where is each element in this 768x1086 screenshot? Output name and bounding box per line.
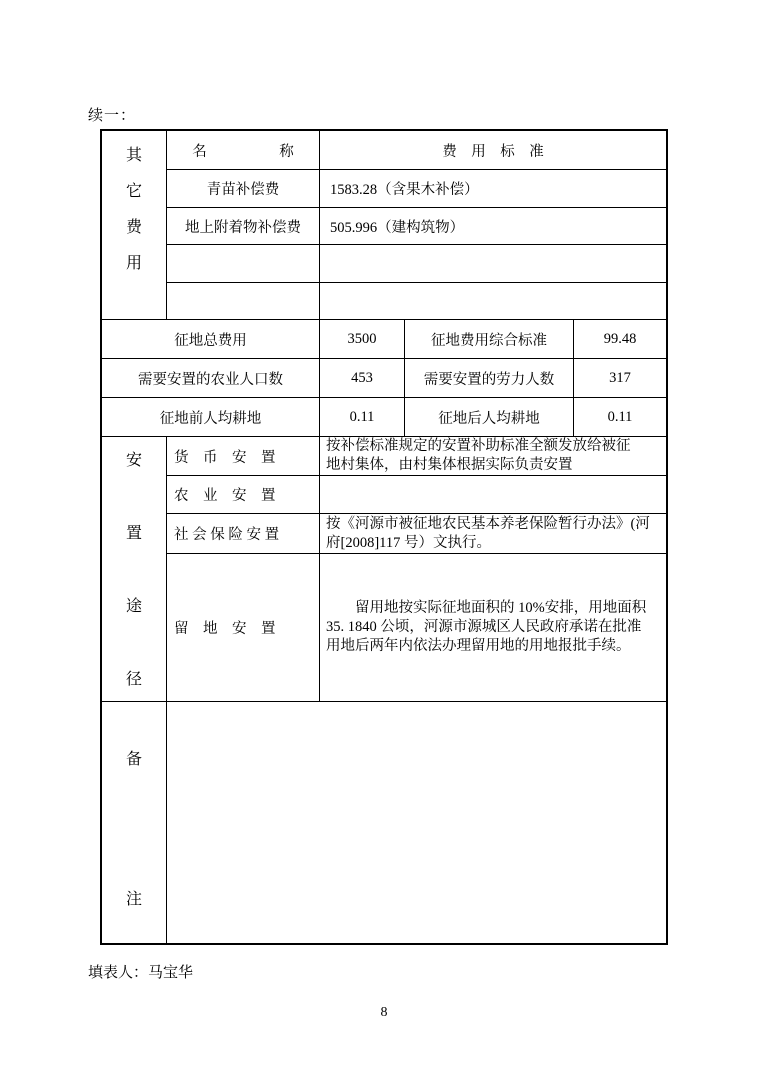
fee-standard-cell xyxy=(320,245,666,282)
table-row xyxy=(167,283,666,319)
route-description-cell xyxy=(320,476,666,513)
fee-name-cell xyxy=(167,283,320,319)
fee-standard-cell: 505.996（建构筑物） xyxy=(320,208,666,244)
summary-row-total-cost: 征地总费用 3500 征地费用综合标准 99.48 xyxy=(102,320,666,359)
route-name-cell: 留 地 安 置 xyxy=(167,554,320,701)
summary-row-farmland: 征地前人均耕地 0.11 征地后人均耕地 0.11 xyxy=(102,398,666,437)
summary-label: 征地总费用 xyxy=(102,320,320,358)
table-row: 留 地 安 置 留用地按实际征地面积的 10%安排，用地面积 35. 1840 … xyxy=(167,554,666,701)
summary-value: 99.48 xyxy=(574,320,666,358)
fee-standard-cell xyxy=(320,283,666,319)
group-label-char: 途 xyxy=(126,593,142,616)
remarks-section: 备 注 xyxy=(102,702,666,943)
resettlement-section: 安 置 途 径 货 币 安 置 按补偿标准规定的安置补助标准全额发放给被征 地村… xyxy=(102,437,666,702)
group-label-char: 安 xyxy=(126,447,142,470)
fee-name-cell xyxy=(167,245,320,282)
summary-label: 征地前人均耕地 xyxy=(102,398,320,436)
fee-name-cell: 青苗补偿费 xyxy=(167,170,320,207)
remarks-group-label: 备 注 xyxy=(102,702,167,943)
document-page: 续一： 其 它 费 用 名 称 费 用 标 准 青苗补偿费 1583.28（含果… xyxy=(0,0,768,1086)
summary-row-population: 需要安置的农业人口数 453 需要安置的劳力人数 317 xyxy=(102,359,666,398)
summary-label: 需要安置的劳力人数 xyxy=(405,359,574,397)
table-row: 青苗补偿费 1583.28（含果木补偿） xyxy=(167,170,666,208)
route-name-cell: 社 会 保 险 安 置 xyxy=(167,514,320,553)
remarks-content-cell xyxy=(167,702,666,943)
other-fees-rows: 名 称 费 用 标 准 青苗补偿费 1583.28（含果木补偿） 地上附着物补偿… xyxy=(167,131,666,319)
summary-value: 453 xyxy=(320,359,405,397)
group-label-char: 备 xyxy=(126,746,142,769)
summary-label: 征地后人均耕地 xyxy=(405,398,574,436)
resettlement-group-label: 安 置 途 径 xyxy=(102,437,167,701)
table-row: 社 会 保 险 安 置 按《河源市被征地农民基本养老保险暂行办法》(河 府[20… xyxy=(167,514,666,554)
route-description-cell: 留用地按实际征地面积的 10%安排，用地面积 35. 1840 公顷，河源市源城… xyxy=(320,554,666,701)
header-cell-name: 名 称 xyxy=(167,131,320,169)
summary-value: 317 xyxy=(574,359,666,397)
route-name-cell: 货 币 安 置 xyxy=(167,437,320,475)
summary-value: 3500 xyxy=(320,320,405,358)
table-row: 货 币 安 置 按补偿标准规定的安置补助标准全额发放给被征 地村集体，由村集体根… xyxy=(167,437,666,476)
fee-name-cell: 地上附着物补偿费 xyxy=(167,208,320,244)
table-row: 地上附着物补偿费 505.996（建构筑物） xyxy=(167,208,666,245)
group-label-char: 其 xyxy=(126,142,142,165)
header-cell-standard: 费 用 标 准 xyxy=(320,131,666,169)
other-fees-section: 其 它 费 用 名 称 费 用 标 准 青苗补偿费 1583.28（含果木补偿）… xyxy=(102,131,666,320)
table-row xyxy=(167,245,666,283)
route-description-cell: 按《河源市被征地农民基本养老保险暂行办法》(河 府[2008]117 号）文执行… xyxy=(320,514,666,553)
group-label-char: 用 xyxy=(126,250,142,273)
page-number: 8 xyxy=(0,1005,768,1021)
resettlement-rows: 货 币 安 置 按补偿标准规定的安置补助标准全额发放给被征 地村集体，由村集体根… xyxy=(167,437,666,701)
group-label-char: 置 xyxy=(126,520,142,543)
route-name-cell: 农 业 安 置 xyxy=(167,476,320,513)
continuation-label: 续一： xyxy=(88,104,136,125)
table-row: 农 业 安 置 xyxy=(167,476,666,514)
other-fees-group-label: 其 它 费 用 xyxy=(102,131,167,319)
group-label-char: 它 xyxy=(126,178,142,201)
summary-value: 0.11 xyxy=(574,398,666,436)
group-label-char: 费 xyxy=(126,214,142,237)
summary-label: 需要安置的农业人口数 xyxy=(102,359,320,397)
fee-standard-cell: 1583.28（含果木补偿） xyxy=(320,170,666,207)
land-acquisition-table: 其 它 费 用 名 称 费 用 标 准 青苗补偿费 1583.28（含果木补偿）… xyxy=(100,129,668,945)
table-header-row: 名 称 费 用 标 准 xyxy=(167,131,666,170)
summary-label: 征地费用综合标准 xyxy=(405,320,574,358)
form-filler-label: 填表人：马宝华 xyxy=(88,961,193,982)
route-description-cell: 按补偿标准规定的安置补助标准全额发放给被征 地村集体，由村集体根据实际负责安置 xyxy=(320,437,666,475)
group-label-char: 径 xyxy=(126,666,142,689)
summary-value: 0.11 xyxy=(320,398,405,436)
group-label-char: 注 xyxy=(126,886,142,909)
